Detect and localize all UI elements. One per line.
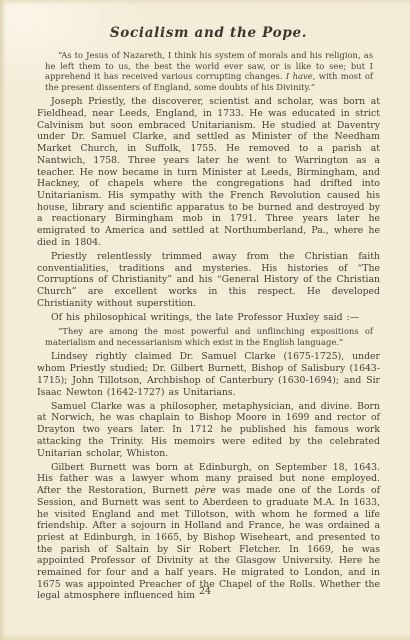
page-number: 24 <box>0 586 410 597</box>
paragraph-huxley-intro: Of his philosophical writings, the late … <box>37 312 380 324</box>
burnett-text-2: was made one of the Lords of Session, an… <box>37 485 380 601</box>
huxley-quote: “They are among the most powerful and un… <box>45 326 373 347</box>
opening-quote-italic: I have <box>286 71 313 81</box>
paragraph-priestly-bio: Joseph Priestly, the discoverer, scienti… <box>37 96 380 248</box>
paragraph-lindsey-claim: Lindsey rightly claimed Dr. Samuel Clark… <box>37 351 380 398</box>
page-title: Socialism and the Pope. <box>37 25 380 41</box>
burnett-italic: père <box>194 485 215 496</box>
opening-quote: “As to Jesus of Nazareth, I think his sy… <box>45 50 373 92</box>
paragraph-priestly-works: Priestly relentlessly trimmed away from … <box>37 251 380 310</box>
book-page: Socialism and the Pope. “As to Jesus of … <box>0 0 410 640</box>
paragraph-gilbert-burnett: Gilbert Burnett was born at Edinburgh, o… <box>37 462 380 602</box>
paragraph-samuel-clarke: Samuel Clarke was a philosopher, metaphy… <box>37 401 380 460</box>
